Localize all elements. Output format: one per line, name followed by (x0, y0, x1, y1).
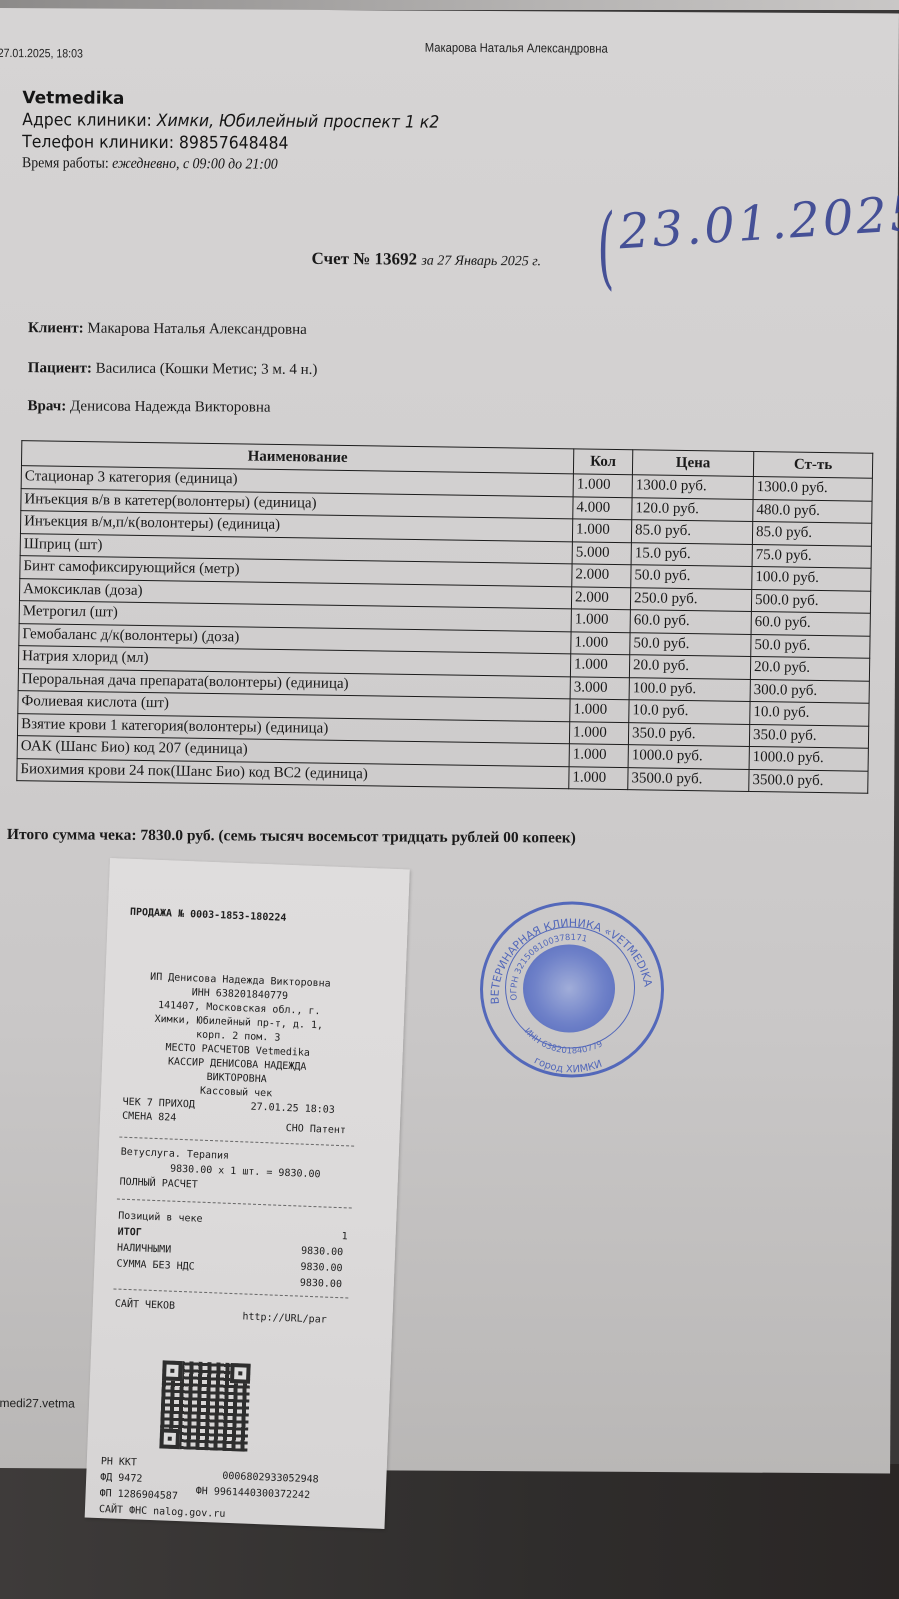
receipt-sale-number: ПРОДАЖА № 0003-1853-180224 (130, 907, 287, 924)
cell-price: 60.0 руб. (630, 610, 751, 634)
cell-total: 500.0 руб. (751, 589, 870, 613)
divider (113, 1288, 348, 1298)
svg-text:ИНН 638201840779: ИНН 638201840779 (522, 1026, 605, 1056)
receipt-item-calc: 9830.00 x 1 шт. = 9830.00 (170, 1164, 321, 1181)
receipt-fd: ФД 9472 (100, 1472, 143, 1485)
receipt-check-no: ЧЕК 7 ПРИХОД (122, 1097, 195, 1111)
cell-price: 50.0 руб. (631, 565, 752, 589)
receipt-novat-label: СУММА БЕЗ НДС (116, 1259, 195, 1273)
svg-text:ВЕТЕРИНАРНАЯ КЛИНИКА «VETMEDIK: ВЕТЕРИНАРНАЯ КЛИНИКА «VETMEDIKA» (482, 904, 655, 1006)
cell-qty: 1.000 (569, 721, 628, 744)
cell-price: 85.0 руб. (631, 520, 752, 544)
receipt-datetime: 27.01.25 18:03 (250, 1102, 335, 1116)
receipt-rn-kkt: 0006802933052948 (222, 1471, 319, 1486)
cell-qty: 1.000 (571, 631, 630, 654)
receipt-fp: ФП 1286904587 (99, 1488, 178, 1502)
cell-price: 350.0 руб. (628, 722, 749, 746)
patient-line: Пациент: Василиса (Кошки Метис; 3 м. 4 н… (28, 360, 318, 379)
invoice-title: Счет № 13692 за 27 Январь 2025 г. (311, 249, 541, 270)
receipt-fn: ФН 9961440300372242 (196, 1486, 311, 1501)
cell-total: 3500.0 руб. (749, 769, 868, 793)
receipt-full-payment: ПОЛНЫЙ РАСЧЕТ (119, 1177, 198, 1191)
cell-price: 120.0 руб. (632, 497, 753, 521)
cell-price: 10.0 руб. (629, 700, 750, 724)
stamp-text-ring: ВЕТЕРИНАРНАЯ КЛИНИКА «VETMEDIKA» ОГРН 32… (482, 904, 661, 1075)
cell-qty: 1.000 (572, 519, 631, 542)
col-qty: Кол (573, 449, 632, 475)
doctor-line: Врач: Денисова Надежда Викторовна (28, 398, 271, 416)
cell-qty: 4.000 (573, 496, 632, 519)
invoice-total: Итого сумма чека: 7830.0 руб. (семь тыся… (7, 826, 576, 847)
cell-total: 350.0 руб. (749, 724, 868, 748)
cell-price: 50.0 руб. (630, 632, 751, 656)
handwritten-paren: ( (597, 195, 615, 300)
clinic-name: Vetmedika (22, 88, 475, 111)
col-total: Ст-ть (753, 452, 872, 479)
cell-qty: 2.000 (572, 564, 631, 587)
cell-total: 480.0 руб. (753, 499, 872, 523)
services-table: Наименование Кол Цена Ст-ть Стационар 3 … (16, 440, 873, 794)
handwritten-date: 23.01.2025 (617, 185, 899, 260)
print-header-client: Макарова Наталья Александровна (425, 41, 608, 56)
clinic-info: Vetmedika Адрес клиники: Химки, Юбилейны… (22, 88, 476, 176)
cell-price: 15.0 руб. (631, 542, 752, 566)
cell-total: 300.0 руб. (750, 679, 869, 703)
print-datetime: 27.01.2025, 18:03 (0, 46, 83, 61)
cell-price: 1300.0 руб. (632, 475, 753, 499)
cell-price: 1000.0 руб. (628, 745, 749, 769)
receipt-rn-kkt-label: РН ККТ (101, 1456, 138, 1468)
receipt-cash: 9830.00 (300, 1262, 343, 1275)
receipt-total-label: ИТОГ (117, 1227, 141, 1239)
cell-qty: 3.000 (570, 676, 629, 699)
cell-price: 3500.0 руб. (628, 767, 749, 791)
cell-total: 60.0 руб. (751, 611, 870, 635)
cell-price: 250.0 руб. (630, 587, 751, 611)
svg-text:город ХИМКИ: город ХИМКИ (532, 1055, 604, 1075)
cell-total: 50.0 руб. (751, 634, 870, 658)
cell-qty: 1.000 (569, 766, 628, 789)
receipt-positions: 1 (341, 1231, 347, 1242)
receipt-site-label: САЙТ ЧЕКОВ (115, 1299, 176, 1312)
cell-price: 20.0 руб. (629, 655, 750, 679)
clinic-stamp: ВЕТЕРИНАРНАЯ КЛИНИКА «VETMEDIKA» ОГРН 32… (479, 901, 664, 1078)
client-line: Клиент: Макарова Наталья Александровна (28, 320, 307, 339)
divider (119, 1137, 354, 1147)
cell-qty: 1.000 (571, 609, 630, 632)
cell-total: 1300.0 руб. (753, 477, 872, 501)
cell-qty: 1.000 (573, 474, 632, 497)
cell-total: 75.0 руб. (752, 544, 871, 568)
divider (117, 1199, 352, 1209)
cell-qty: 1.000 (570, 654, 629, 677)
clinic-hours: Время работы: ежедневно, с 09:00 до 21:0… (22, 153, 439, 176)
receipt-fns-site: САЙТ ФНС nalog.gov.ru (99, 1504, 226, 1520)
receipt-cash-label: НАЛИЧНЫМИ (117, 1243, 172, 1256)
cell-qty: 1.000 (570, 699, 629, 722)
cell-qty: 5.000 (572, 541, 631, 564)
receipt-site-url: http://URL/par (242, 1311, 327, 1325)
receipt-item-name: Ветуслуга. Терапия (121, 1147, 230, 1162)
cell-price: 100.0 руб. (629, 677, 750, 701)
cell-qty: 2.000 (571, 586, 630, 609)
side-footer-url: etmedi27.vetma (0, 1396, 75, 1411)
clinic-phone: Телефон клиники: 89857648484 (22, 131, 439, 156)
cell-total: 20.0 руб. (750, 656, 869, 680)
cell-total: 10.0 руб. (750, 701, 869, 725)
clinic-address: Адрес клиники: Химки, Юбилейный проспект… (22, 109, 439, 134)
cell-total: 85.0 руб. (752, 521, 871, 545)
receipt-novat: 9830.00 (300, 1278, 343, 1291)
receipt-shift: СМЕНА 824 (122, 1111, 177, 1124)
receipt-total: 9830.00 (301, 1246, 344, 1259)
receipt-positions-label: Позиций в чеке (118, 1211, 203, 1225)
receipt-tax-system: СНО Патент (286, 1123, 347, 1136)
cell-total: 1000.0 руб. (749, 746, 868, 770)
cell-total: 100.0 руб. (752, 566, 871, 590)
cell-qty: 1.000 (569, 744, 628, 767)
receipt-qr-code[interactable] (159, 1360, 250, 1451)
col-price: Цена (632, 450, 753, 477)
cash-receipt: ПРОДАЖА № 0003-1853-180224 ИП Денисова Н… (85, 858, 410, 1529)
